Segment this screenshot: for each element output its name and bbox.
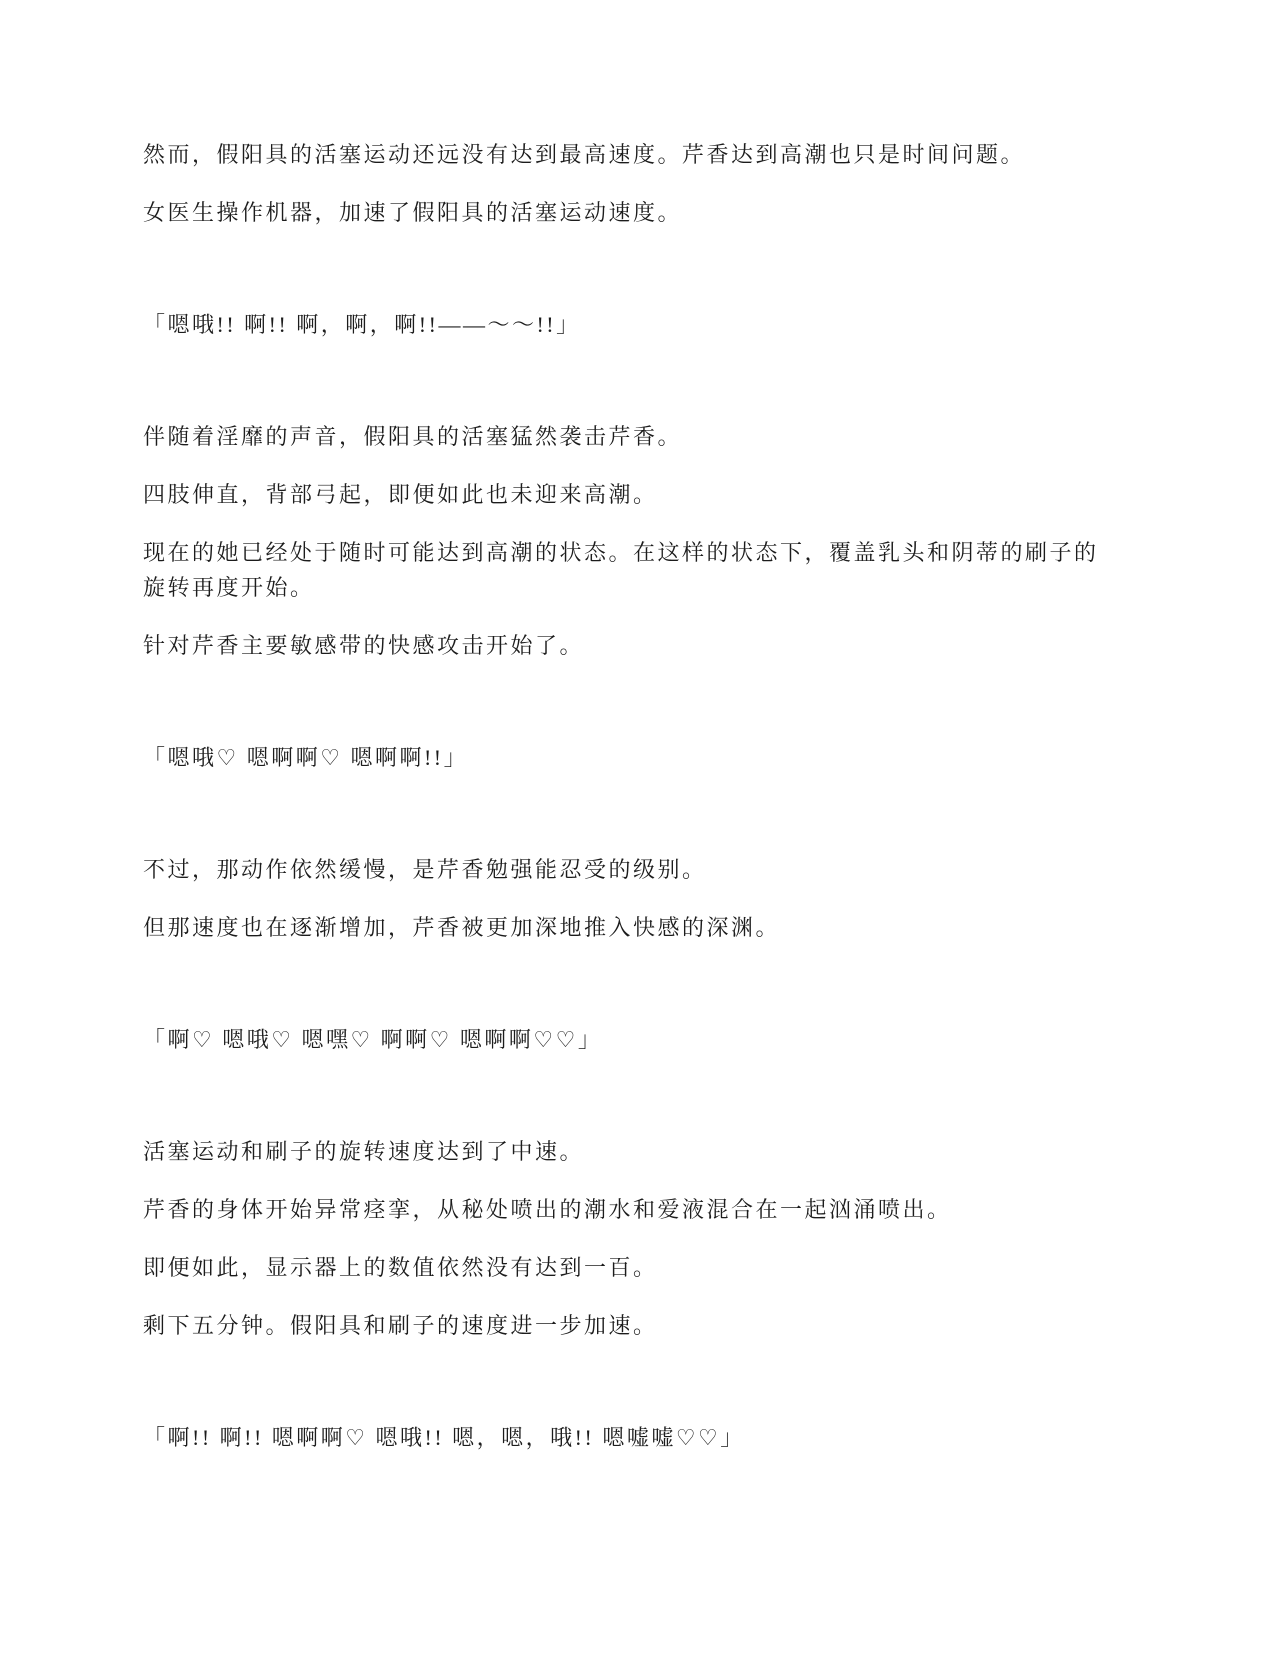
paragraph: 针对芹香主要敏感带的快感攻击开始了。 bbox=[143, 628, 1120, 663]
paragraph: 芹香的身体开始异常痉挛，从秘处喷出的潮水和爱液混合在一起汹涌喷出。 bbox=[143, 1192, 1120, 1227]
text-content: 然而，假阳具的活塞运动还远没有达到最高速度。芹香达到高潮也只是时间问题。 女医生… bbox=[143, 137, 1120, 1455]
paragraph: 四肢伸直，背部弓起，即便如此也未迎来高潮。 bbox=[143, 477, 1120, 512]
paragraph: 剩下五分钟。假阳具和刷子的速度进一步加速。 bbox=[143, 1308, 1120, 1343]
paragraph: 即便如此，显示器上的数值依然没有达到一百。 bbox=[143, 1250, 1120, 1285]
dialogue-line: 「嗯哦!! 啊!! 啊，啊，啊!!——～～!!」 bbox=[143, 307, 1120, 342]
paragraph: 活塞运动和刷子的旋转速度达到了中速。 bbox=[143, 1134, 1120, 1169]
dialogue-line: 「啊♡ 嗯哦♡ 嗯嘿♡ 啊啊♡ 嗯啊啊♡♡」 bbox=[143, 1022, 1120, 1057]
paragraph: 女医生操作机器，加速了假阳具的活塞运动速度。 bbox=[143, 195, 1120, 230]
paragraph: 现在的她已经处于随时可能达到高潮的状态。在这样的状态下，覆盖乳头和阴蒂的刷子的旋… bbox=[143, 535, 1120, 605]
paragraph: 然而，假阳具的活塞运动还远没有达到最高速度。芹香达到高潮也只是时间问题。 bbox=[143, 137, 1120, 172]
page: 然而，假阳具的活塞运动还远没有达到最高速度。芹香达到高潮也只是时间问题。 女医生… bbox=[0, 0, 1280, 1656]
paragraph: 不过，那动作依然缓慢，是芹香勉强能忍受的级别。 bbox=[143, 852, 1120, 887]
dialogue-line: 「嗯哦♡ 嗯啊啊♡ 嗯啊啊!!」 bbox=[143, 740, 1120, 775]
dialogue-line: 「啊!! 啊!! 嗯啊啊♡ 嗯哦!! 嗯，嗯，哦!! 嗯嘘嘘♡♡」 bbox=[143, 1420, 1120, 1455]
document-page: { "page": { "background_color": "#ffffff… bbox=[0, 0, 1280, 1656]
paragraph: 但那速度也在逐渐增加，芹香被更加深地推入快感的深渊。 bbox=[143, 910, 1120, 945]
paragraph: 伴随着淫靡的声音，假阳具的活塞猛然袭击芹香。 bbox=[143, 419, 1120, 454]
